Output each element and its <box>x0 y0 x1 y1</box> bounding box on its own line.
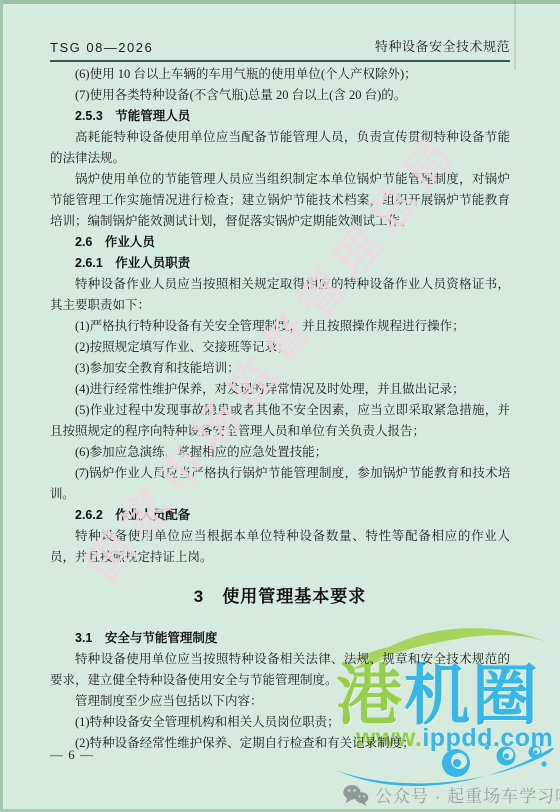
page-header: TSG 08—2026 特种设备安全技术规范 <box>50 36 510 62</box>
chapter-heading: 3 使用管理基本要求 <box>50 584 510 610</box>
page-edge-right <box>514 0 516 70</box>
page-edge-top <box>0 0 560 4</box>
section-heading: 2.5.3 节能管理人员 <box>50 106 510 127</box>
paragraph: (5)作业过程中发现事故隐患或者其他不安全因素，应当立即采取紧急措施，并且按照规… <box>50 400 510 442</box>
section-heading: 2.6 作业人员 <box>50 232 510 253</box>
paragraph: (3)参加安全教育和技能培训； <box>50 358 510 379</box>
doc-title: 特种设备安全技术规范 <box>375 36 510 55</box>
section-heading: 2.6.2 作业人员配备 <box>50 505 510 526</box>
paragraph: 管理制度至少应当包括以下内容： <box>50 691 510 712</box>
paragraph: (7)锅炉作业人员应当严格执行锅炉节能管理制度，参加锅炉节能教育和技术培训。 <box>50 463 510 505</box>
paragraph: 特种设备作业人员应当按照相关规定取得相应的特种设备作业人员资格证书，其主要职责如… <box>50 274 510 316</box>
paragraph: 特种设备使用单位应当按照特种设备相关法律、法规、规章和安全技术规范的要求，建立健… <box>50 649 510 691</box>
paragraph: 高耗能特种设备使用单位应当配备节能管理人员，负责宣传贯彻特种设备节能的法律法规。 <box>50 127 510 169</box>
page-number: — 6 — <box>50 747 94 763</box>
social-caption: 公众号 · 起重场车学习吧 <box>375 782 560 807</box>
paragraph: (6)使用 10 台以上车辆的车用气瓶的使用单位(个人产权除外)； <box>50 64 510 85</box>
paragraph: (4)进行经常性维护保养，对发现的异常情况及时处理，并且做出记录； <box>50 379 510 400</box>
document-body: (6)使用 10 台以上车辆的车用气瓶的使用单位(个人产权除外)；(7)使用各类… <box>50 64 510 754</box>
paragraph: (2)按照规定填写作业、交接班等记录； <box>50 337 510 358</box>
social-caption-row: 公众号 · 起重场车学习吧 <box>342 782 560 807</box>
scanned-document-page: { "header": { "doc_code": "TSG 08—2026",… <box>0 0 560 812</box>
paragraph: 锅炉使用单位的节能管理人员应当组织制定本单位锅炉节能管理制度，对锅炉节能管理工作… <box>50 169 510 232</box>
paragraph: (7)使用各类特种设备(不含气瓶)总量 20 台以上(含 20 台)的。 <box>50 85 510 106</box>
paragraph: (1)特种设备安全管理机构和相关人员岗位职责； <box>50 712 510 733</box>
section-heading: 3.1 安全与节能管理制度 <box>50 628 510 649</box>
paragraph: (1)严格执行特种设备有关安全管理制度，并且按照操作规程进行操作； <box>50 316 510 337</box>
doc-code: TSG 08—2026 <box>50 40 153 55</box>
paragraph: (6)参加应急演练，掌握相应的应急处置技能； <box>50 442 510 463</box>
page-edge-left <box>0 0 3 812</box>
section-heading: 2.6.1 作业人员职责 <box>50 253 510 274</box>
paragraph: 特种设备使用单位应当根据本单位特种设备数量、特性等配备相应的作业人员，并且按照规… <box>50 526 510 568</box>
wechat-icon <box>342 783 369 807</box>
paragraph: (2)特种设备经常性维护保养、定期自行检查和有关记录制度； <box>50 733 510 754</box>
